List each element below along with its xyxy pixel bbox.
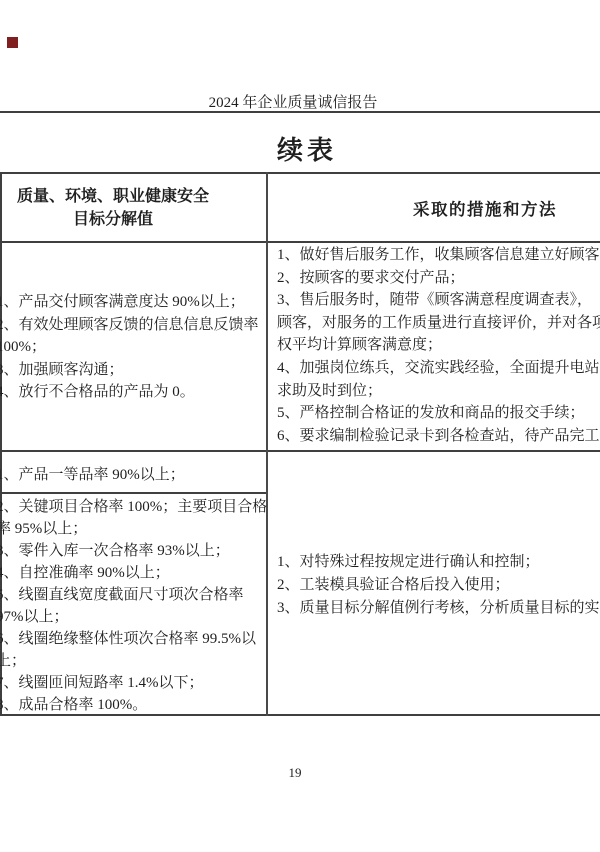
cell-line: 权平均计算顾客满意度； bbox=[277, 334, 600, 357]
cell-line: 5、线圈直线宽度截面尺寸项次合格率 bbox=[0, 584, 267, 606]
cell-line: 6、线圈绝缘整体性项次合格率 99.5%以 bbox=[0, 628, 267, 650]
cell-line: 1、对特殊过程按规定进行确认和控制； bbox=[277, 551, 600, 574]
cell-line: 4、自控准确率 90%以上； bbox=[0, 562, 267, 584]
row3-left-cell: 2、关键项目合格率 100%；主要项目合格 率 95%以上； 3、零件入库一次合… bbox=[0, 496, 267, 716]
page-number: 19 bbox=[0, 765, 600, 781]
page-title: 续表 bbox=[0, 135, 600, 167]
cell-line: 3、加强顾客沟通； bbox=[0, 359, 259, 382]
cell-line: 上； bbox=[0, 650, 267, 672]
cell-line: 8、成品合格率 100%。 bbox=[0, 694, 267, 716]
table-header-left-cell: 质量、环境、职业健康安全 目标分解值 bbox=[0, 185, 267, 231]
table-header-right-cell: 采取的措施和方法 bbox=[267, 199, 600, 221]
cell-line: 3、售后服务时，随带《顾客满意程度调查表》， bbox=[277, 289, 600, 312]
row1-right-cell: 1、做好售后服务工作，收集顾客信息建立好顾客 2、按顾客的要求交付产品； 3、售… bbox=[277, 244, 600, 447]
row1-left-cell: 1、产品交付顾客满意度达 90%以上； 2、有效处理顾客反馈的信息信息反馈率 1… bbox=[0, 291, 259, 404]
header-left-line: 质量、环境、职业健康安全 bbox=[0, 185, 267, 208]
cell-line: 2、工装模具验证合格后投入使用； bbox=[277, 574, 600, 597]
cell-line: 1、产品交付顾客满意度达 90%以上； bbox=[0, 291, 259, 314]
cell-line: 97%以上； bbox=[0, 606, 267, 628]
cell-line: 6、要求编制检验记录卡到各检查站，待产品完工后 bbox=[277, 425, 600, 448]
table-header-divider bbox=[0, 241, 600, 243]
cell-line: 2、按顾客的要求交付产品； bbox=[277, 267, 600, 290]
document-page: 2024 年企业质量诚信报告 续表 质量、环境、职业健康安全 目标分解值 采取的… bbox=[0, 0, 600, 852]
report-header: 2024 年企业质量诚信报告 bbox=[0, 94, 600, 112]
red-square-marker bbox=[7, 37, 18, 48]
cell-line: 7、线圈匝间短路率 1.4%以下； bbox=[0, 672, 267, 694]
cell-line: 4、放行不合格品的产品为 0。 bbox=[0, 381, 259, 404]
cell-line: 3、零件入库一次合格率 93%以上； bbox=[0, 540, 267, 562]
cell-line: 顾客，对服务的工作质量进行直接评价，并对各项 bbox=[277, 312, 600, 335]
row2-left-cell: 1、产品一等品率 90%以上； bbox=[0, 464, 185, 487]
cell-line: 2、关键项目合格率 100%；主要项目合格 bbox=[0, 496, 267, 518]
cell-line: 4、加强岗位练兵，交流实践经验，全面提升电站 bbox=[277, 357, 600, 380]
cell-line: 5、严格控制合格证的发放和商品的报交手续； bbox=[277, 402, 600, 425]
cell-line: 3、质量目标分解值例行考核，分析质量目标的实 bbox=[277, 597, 600, 620]
row3-right-cell: 1、对特殊过程按规定进行确认和控制； 2、工装模具验证合格后投入使用； 3、质量… bbox=[277, 551, 600, 620]
header-left-line: 目标分解值 bbox=[0, 208, 267, 231]
cell-line: 2、有效处理顾客反馈的信息信息反馈率 bbox=[0, 314, 259, 337]
row-divider bbox=[0, 450, 600, 452]
cell-line: 100%； bbox=[0, 336, 259, 359]
left-subrow-divider bbox=[0, 492, 267, 494]
table-top-border bbox=[0, 172, 600, 174]
cell-line: 求助及时到位； bbox=[277, 380, 600, 403]
header-rule bbox=[0, 111, 600, 113]
cell-line: 率 95%以上； bbox=[0, 518, 267, 540]
cell-line: 1、做好售后服务工作，收集顾客信息建立好顾客 bbox=[277, 244, 600, 267]
